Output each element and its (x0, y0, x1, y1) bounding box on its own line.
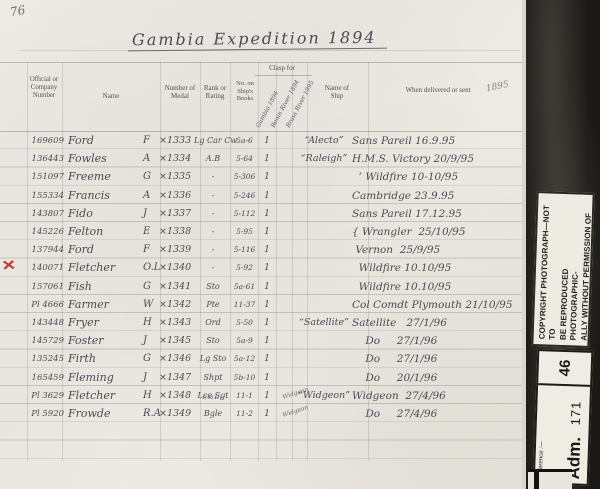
reference-number: 171 (568, 400, 584, 425)
cell-delivered: Col Comdt Plymouth 21/10/95 (352, 296, 524, 314)
table-row: 145226FeltonE×1338-5-951{ Wrangler 25/10… (0, 223, 527, 241)
cell-books: 5-64 (231, 150, 258, 168)
cell-initials: G (143, 168, 159, 186)
cell-clasp: 1 (258, 387, 276, 405)
cell-books: 5-112 (231, 205, 258, 223)
cell-number: 157061 (6, 278, 64, 296)
cell-delivered: Sans Pareil 16.9.95 (352, 132, 524, 150)
cell-books: 5-306 (231, 168, 258, 186)
title-rule (20, 50, 520, 51)
cell-clasp: 1 (258, 369, 276, 387)
cell-rank: A.B (194, 150, 232, 168)
cell-clasp: 1 (258, 187, 276, 205)
cell-delivered: Do 27/1/96 (352, 332, 524, 350)
cell-ship (288, 350, 360, 368)
cell-medal: ×1349 (159, 405, 193, 423)
cell-rank: Lg Car Cw (194, 132, 232, 150)
cell-ship (288, 332, 360, 350)
cell-ship: “Alecto” (288, 132, 360, 150)
cell-rank: Ord (194, 314, 232, 332)
cell-medal: ×1348 (159, 387, 193, 405)
table-row: 169609FordF×1333Lg Car Cw5a-61“Alecto”Sa… (0, 132, 527, 150)
cell-initials: O.L (143, 259, 159, 277)
cell-name: Felton (68, 223, 143, 241)
cell-name: Fish (68, 278, 143, 296)
rank-note: R.M.L.I. (194, 396, 232, 401)
cell-medal: ×1345 (159, 332, 193, 350)
table-row: 165459FlemingJ×1347Shpt5b-101 Do 20/1/96 (0, 369, 527, 387)
cell-ship (288, 241, 360, 259)
cell-books: 5a-9 (231, 332, 258, 350)
cell-name: Fowles (68, 150, 143, 168)
table-row: 137944FordF×1339-5-1161 Vernon 25/9/95 (0, 241, 527, 259)
cell-rank: - (194, 223, 232, 241)
cell-delivered: Do 27/4/96 (352, 405, 524, 423)
cell-delivered: ’ Wildfire 10-10/95 (352, 168, 524, 186)
cell-initials: G (143, 350, 159, 368)
cell-medal: ×1334 (159, 150, 193, 168)
table-top-rule (0, 62, 525, 63)
cell-clasp: 1 (258, 314, 276, 332)
cell-delivered: Satellite 27/1/96 (352, 314, 524, 332)
cell-initials: F (143, 241, 159, 259)
cell-clasp: 1 (258, 132, 276, 150)
table-row: 136443FowlesA×1334A.B5-641“Raleigh”H.M.S… (0, 150, 527, 168)
cell-medal: ×1341 (159, 278, 193, 296)
cell-clasp: 1 (258, 405, 276, 423)
cell-rank: Shpt (194, 369, 232, 387)
cell-number: 135245 (6, 350, 64, 368)
cell-initials: A (143, 150, 159, 168)
cell-ship (288, 278, 360, 296)
cell-name: Foster (68, 332, 143, 350)
cell-delivered: Wildfire 10.10/95 (352, 278, 524, 296)
cell-books: 5a-12 (231, 350, 258, 368)
cell-initials: R.A (143, 405, 159, 423)
cell-books: 5-92 (231, 259, 258, 277)
cell-clasp: 1 (258, 205, 276, 223)
cell-medal: ×1338 (159, 223, 193, 241)
cell-clasp: 1 (258, 241, 276, 259)
copyright-stamp: COPYRIGHT PHOTOGRAPH—NOT TO BE REPRODUCE… (531, 191, 596, 348)
cell-medal: ×1336 (159, 187, 193, 205)
cell-medal: ×1333 (159, 132, 193, 150)
cell-name: Fryer (68, 314, 143, 332)
cell-delivered: { Wrangler 25/10/95 (352, 223, 524, 241)
cell-rank: - (194, 168, 232, 186)
partial-stamp-edge (528, 469, 572, 489)
reference-label: Reference :— Adm. 171 46 (533, 349, 596, 486)
cell-delivered: Sans Pareil 17.12.95 (352, 205, 524, 223)
cell-number: 151097 (6, 168, 64, 186)
cell-delivered: H.M.S. Victory 20/9/95 (352, 150, 524, 168)
column-header-books: No. on Ship's Books (232, 80, 258, 103)
cell-initials: F (143, 132, 159, 150)
cell-clasp: 1 (258, 296, 276, 314)
red-x-mark: ✕ (1, 257, 17, 276)
document-title: Gambia Expedition 1894 (128, 28, 387, 52)
cell-name: Farmer (68, 296, 143, 314)
cell-number: Pl 3629 (6, 387, 64, 405)
cell-ship (288, 223, 360, 241)
cell-rank: Bgle (194, 405, 232, 423)
table-row: 140071FletcherO.L×1340-5-921 Wildfire 10… (0, 259, 527, 277)
page-number-note: 76 (9, 3, 26, 19)
column-header-official-number: Official or Company Number (24, 76, 64, 100)
cell-books: 5b-10 (231, 369, 258, 387)
cell-books: 11-2 (231, 405, 258, 423)
cell-rank: - (194, 241, 232, 259)
cell-rank: Pte (194, 296, 232, 314)
cell-books: 5-246 (231, 187, 258, 205)
cell-ship (288, 187, 360, 205)
cell-rank: Lg Sto (194, 350, 232, 368)
cell-ship (288, 205, 360, 223)
cell-name: Fletcher (68, 387, 143, 405)
clasp-group-rule (254, 75, 312, 76)
table-row: 157061FishG×1341Sto5a-611 Wildfire 10.10… (0, 278, 527, 296)
cell-name: Freeme (68, 168, 143, 186)
cell-clasp: 1 (258, 168, 276, 186)
cell-number: 145226 (6, 223, 64, 241)
cell-initials: H (143, 314, 159, 332)
cell-books: 11-37 (231, 296, 258, 314)
column-header-rank: Rank or Rating (201, 84, 229, 101)
cell-rank: Sto (194, 332, 232, 350)
cell-delivered: Do 27/1/96 (352, 350, 524, 368)
column-header-name: Name (62, 92, 160, 100)
cell-initials: J (143, 205, 159, 223)
cell-number: 136443 (6, 150, 64, 168)
table-row: 143448FryerH×1343Ord5-501“Satellite”Sate… (0, 314, 527, 332)
cell-number: 165459 (6, 369, 64, 387)
table-row: 151097FreemeG×1335-5-3061 ’ Wildfire 10-… (0, 168, 527, 186)
cell-rank: - (194, 205, 232, 223)
cell-rank: - (194, 259, 232, 277)
cell-ship: “Satellite” (288, 314, 360, 332)
reference-caption: Reference :— (538, 389, 547, 478)
cell-delivered: Do 20/1/96 (352, 369, 524, 387)
cell-clasp: 1 (258, 278, 276, 296)
table-row: 143807FidoJ×1337-5-1121Sans Pareil 17.12… (0, 205, 527, 223)
cell-medal: ×1347 (159, 369, 193, 387)
cell-number: 169609 (6, 132, 64, 150)
column-header-clasp-group: Clasp for (256, 64, 308, 72)
cell-name: Francis (68, 187, 143, 205)
cell-books: 5-116 (231, 241, 258, 259)
cell-ship (288, 369, 360, 387)
cell-medal: ×1346 (159, 350, 193, 368)
cell-medal: ×1343 (159, 314, 193, 332)
cell-name: Firth (68, 350, 143, 368)
cell-books: 5-95 (231, 223, 258, 241)
cell-number: Pl 5920 (6, 405, 64, 423)
cell-ship (288, 259, 360, 277)
cell-initials: J (143, 369, 159, 387)
cell-medal: ×1335 (159, 168, 193, 186)
column-header-ship: Name of Ship (322, 84, 352, 101)
stamp-mark (534, 472, 539, 489)
cell-books: 5a-61 (231, 278, 258, 296)
cell-number: 143448 (6, 314, 64, 332)
document-page: 76 Gambia Expedition 1894 Official or Co… (0, 0, 600, 489)
cell-clasp: 1 (258, 150, 276, 168)
cell-medal: ×1337 (159, 205, 193, 223)
cell-rank: - (194, 187, 232, 205)
cell-initials: J (143, 332, 159, 350)
cell-delivered: Widgeon 27/4/96 (352, 387, 524, 405)
table-row: 145729FosterJ×1345Sto5a-91 Do 27/1/96 (0, 332, 527, 350)
cell-delivered: Wildfire 10.10/95 (352, 259, 524, 277)
reference-piece: 46 (538, 351, 591, 387)
cell-books: 11-1 (231, 387, 258, 405)
cell-initials: W (143, 296, 159, 314)
table-body: 169609FordF×1333Lg Car Cw5a-61“Alecto”Sa… (0, 131, 527, 462)
table-row: Pl 4666FarmerW×1342Pte11-371Col Comdt Pl… (0, 296, 527, 314)
cell-ship: “Raleigh” (288, 150, 360, 168)
cell-name: Fleming (68, 369, 143, 387)
column-header-medal: Number of Medal (162, 84, 198, 101)
cell-books: 5-50 (231, 314, 258, 332)
cell-name: Ford (68, 241, 143, 259)
cell-medal: ×1339 (159, 241, 193, 259)
cell-number: 145729 (6, 332, 64, 350)
cell-medal: ×1340 (159, 259, 193, 277)
cell-medal: ×1342 (159, 296, 193, 314)
cell-clasp: 1 (258, 350, 276, 368)
cell-rank: Sto (194, 278, 232, 296)
cell-clasp: 1 (258, 259, 276, 277)
table-row: 155334FrancisA×1336-5-2461Cambridge 23.9… (0, 187, 527, 205)
cell-name: Frowde (68, 405, 143, 423)
cell-books: 5a-6 (231, 132, 258, 150)
cell-delivered: Vernon 25/9/95 (352, 241, 524, 259)
cell-initials: H (143, 387, 159, 405)
table-row: Pl 3629FletcherH×1348Lce Sgt11-11“Widgeo… (0, 387, 527, 405)
cell-ship (288, 168, 360, 186)
cell-name: Fletcher (68, 259, 143, 277)
cell-name: Ford (68, 132, 143, 150)
cell-number: Pl 4666 (6, 296, 64, 314)
cell-clasp: 1 (258, 332, 276, 350)
cell-number: 155334 (6, 187, 64, 205)
cell-initials: G (143, 278, 159, 296)
table-row: 135245FirthG×1346Lg Sto5a-121 Do 27/1/96 (0, 350, 527, 368)
cell-ship (288, 296, 360, 314)
cell-number: 143807 (6, 205, 64, 223)
cell-initials: E (143, 223, 159, 241)
cell-delivered: Cambridge 23.9.95 (352, 187, 524, 205)
table-row: Pl 5920FrowdeR.A×1349Bgle11-21 Do 27/4/9… (0, 405, 527, 423)
cell-initials: A (143, 187, 159, 205)
cell-name: Fido (68, 205, 143, 223)
cell-clasp: 1 (258, 223, 276, 241)
